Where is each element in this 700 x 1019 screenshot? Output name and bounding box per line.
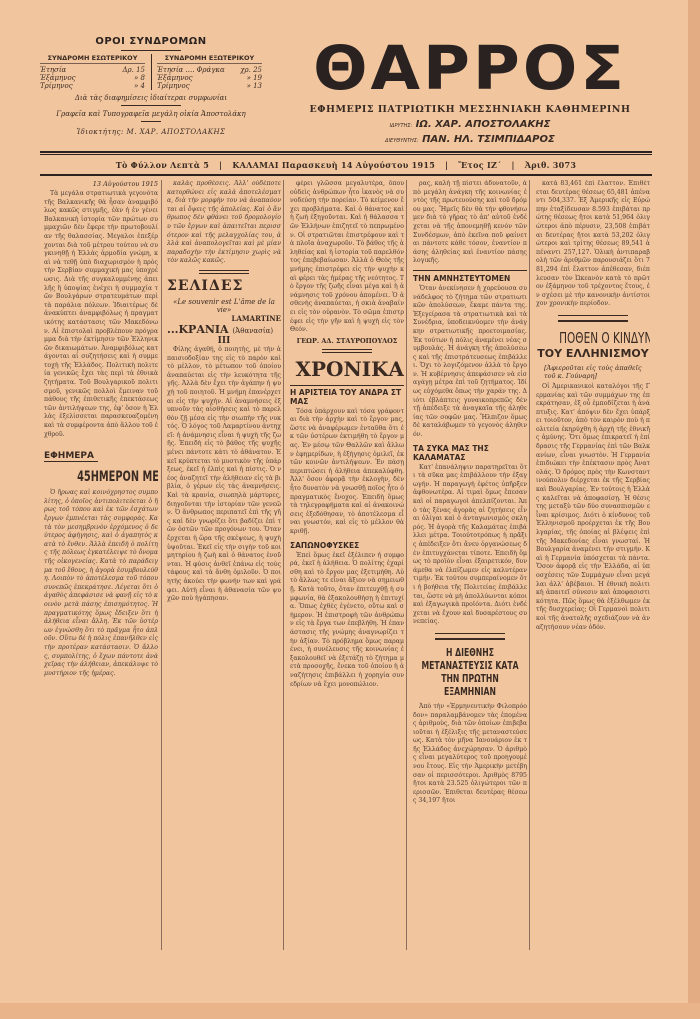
director-label: ΔΙΕΥΘΥΝΤΗΣ: [385, 138, 419, 144]
newspaper-title: ΘΑΡΡΟΣ [290, 41, 650, 96]
news-item: Ἐπεὶ ὅμως ἐκεῖ ἐξέλιπεν ἡ συμφορά, ἐκεῖ … [290, 552, 404, 690]
separator: | [511, 160, 514, 170]
rate-value: χρ. 25 [240, 66, 262, 74]
column-rule [161, 180, 162, 950]
column-4: ρας, καλὴ τῇ πίστει ἀδυνατοῦν, ἀπὸ μεγάλ… [413, 180, 527, 950]
founder-name: ΙΩ. ΧΑΡ. ΑΠΟΣΤΟΛΑΚΗΣ [416, 119, 551, 130]
rate-label: Ἐτησία [40, 66, 66, 74]
founder-line: ΙΔΡΥΤΗΣ: ΙΩ. ΧΑΡ. ΑΠΟΣΤΟΛΑΚΗΣ [290, 119, 650, 130]
rule [40, 174, 652, 176]
headline-subtext: ΤΟΥ ΕΛΛΗΝΙΣΜΟΥ [536, 347, 650, 360]
masthead: ΘΑΡΡΟΣ ΕΦΗΜΕΡΙΣ ΠΑΤΡΙΩΤΙΚΗ ΜΕΣΣΗΝΙΑΚΗ ΚΑ… [290, 40, 650, 145]
divider [121, 105, 181, 106]
article: Ἀπὸ τὴν «Ἑρμηνευτικὴν Φιλοπρόοδον» παραλ… [413, 703, 527, 806]
year: Ἔτος ΙΖ΄ [458, 160, 501, 170]
column-5: κατὰ 83,461 ἐπὶ ἔλαττον. Ἐπιθέτεται δευτ… [536, 180, 650, 950]
column-rule [406, 180, 407, 950]
article: καλὰς προθέσεις. Ἀλλ' οὐδέποτε κατορθώνε… [167, 180, 281, 266]
rate-value: » 19 [247, 74, 262, 82]
newspaper-subtitle: ΕΦΗΜΕΡΙΣ ΠΑΤΡΙΩΤΙΚΗ ΜΕΣΣΗΝΙΑΚΗ ΚΑΘΗΜΕΡΙΝ… [290, 104, 650, 115]
news-item-body: Κατ' ἐπανάληψιν παρατηρεῖται ὅτι τὰ σῦκα… [413, 464, 527, 627]
article-body: καλὰς προθέσεις. Ἀλλ' οὐδέποτε κατορθώνε… [167, 180, 281, 266]
news-item-title: ΣΑΠΩΝΟΦΥΣΚΕΣ [290, 541, 404, 550]
news-item-body: Τόσα ὑπάρχουν καὶ τόσα γράφονται διὰ τὴν… [290, 408, 404, 537]
column-2: καλὰς προθέσεις. Ἀλλ' οὐδέποτε κατορθώνε… [167, 180, 281, 950]
rate-label: Ἑξάμηνος [40, 74, 76, 82]
article-body: Ἀπὸ τὴν «Ἑρμηνευτικὴν Φιλοπρόοδον» παραλ… [413, 703, 527, 806]
column-rule [283, 180, 284, 950]
divider [141, 121, 161, 122]
story-subtitle: (Ἀθανασία) [232, 327, 273, 335]
foreign-header: ΣΥΝΔΡΟΜΗ ΕΞΩΤΕΡΙΚΟΥ [157, 54, 262, 64]
article-body: Φίλης ἀγαθή, ὁ ποιητὴς, μὲ τὴν ἀπαισιοδο… [167, 346, 281, 604]
headline-text: 45ΗΜΕΡΟΝ ΜΕ ΑΝΑΣΤΟΛΗΝ [77, 469, 158, 485]
rate-label: Ἐτησία .... Φράγκα [157, 66, 225, 74]
subscription-title: ΟΡΟΙ ΣΥΝΔΡΟΜΩΝ [40, 36, 262, 47]
issue-number: Ἀριθ. 3073 [525, 160, 577, 170]
city-date: ΚΑΛΑΜΑΙ Παρασκευὴ 14 Αὐγούστου 1915 [232, 160, 435, 170]
domestic-rates: ΣΥΝΔΡΟΜΗ ΕΣΩΤΕΡΙΚΟΥ ἘτησίαΔρ. 15 Ἑξάμηνο… [40, 54, 145, 90]
article-body: Οἱ Ἀμερικανικοὶ καταλόγοι τῆς Γερμανίας … [536, 383, 650, 632]
domestic-header: ΣΥΝΔΡΟΜΗ ΕΣΩΤΕΡΙΚΟΥ [40, 54, 145, 64]
article-body: κατὰ 83,461 ἐπὶ ἔλαττον. Ἐπιθέτεται δευτ… [536, 180, 650, 309]
rate-row: Ἑξάμηνος» 8 [40, 74, 145, 82]
news-item: Κατ' ἐπανάληψιν παρατηρεῖται ὅτι τὰ σῦκα… [413, 464, 527, 627]
headline: 45ΗΜΕΡΟΝ ΜΕ ΑΝΑΣΤΟΛΗΝ [44, 466, 158, 485]
article: κατὰ 83,461 ἐπὶ ἔλαττον. Ἐπιθέτεται δευτ… [536, 180, 650, 309]
story-title-text: ...ΚΡΑΝΙΑ [167, 323, 229, 336]
subscription-terms: ΟΡΟΙ ΣΥΝΔΡΟΜΩΝ ΣΥΝΔΡΟΜΗ ΕΣΩΤΕΡΙΚΟΥ Ἐτησί… [40, 36, 262, 136]
owner-line: Ἰδιοκτήτης: Μ. ΧΑΡ. ΑΠΟΣΤΟΛΑΚΗΣ [40, 128, 262, 136]
news-item-body: Ἐπεὶ ὅμως ἐκεῖ ἐξέλιπεν ἡ συμφορά, ἐκεῖ … [290, 552, 404, 690]
director-name: ΠΑΝ. ΗΛ. ΤΣΙΜΠΙΔΑΡΟΣ [422, 134, 555, 145]
rate-row: Ἐτησία .... Φράγκαχρ. 25 [157, 66, 262, 74]
section-label: ΕΦΗΜΕΡΑ [44, 443, 158, 462]
headline-text: Η ΔΙΕΘΝΗΣ ΜΕΤΑΝΑΣΤΕΥΣΙΣ ΚΑΤΑ ΤΗΝ ΠΡΩΤΗΝ … [418, 646, 523, 698]
news-item: Τόσα ὑπάρχουν καὶ τόσα γράφονται διὰ τὴν… [290, 408, 404, 537]
ads-note: Διὰ τὰς διαφημίσεις ἰδιαίτεραι συμφωνίαι [40, 94, 262, 102]
rule [40, 154, 652, 155]
rate-row: ἘτησίαΔρ. 15 [40, 66, 145, 74]
lead-article: Τὰ μεγάλα στρατιωτικὰ γεγονότα τῆς Βαλκα… [44, 190, 158, 439]
headline: ΠΟΘΕΝ Ο ΚΙΝΔΥΝΟΣ [536, 328, 650, 347]
ornament [558, 315, 628, 322]
rate-label: Τρίμηνος [157, 82, 190, 90]
news-item: Ὅταν ἀνεκίνησεν ἡ χορεύουσα συνάδελφος τ… [413, 285, 527, 440]
column-rule [529, 180, 530, 950]
foreign-rates: ΣΥΝΔΡΟΜΗ ΕΞΩΤΕΡΙΚΟΥ Ἐτησία .... Φράγκαχρ… [157, 54, 262, 90]
article-body: ρας, καλὴ τῇ πίστει ἀδυνατοῦν, ἀπὸ μεγάλ… [413, 180, 527, 266]
column-1: 13 Αὐγούστου 1915 Τὰ μεγάλα στρατιωτικὰ … [44, 180, 158, 950]
article-body: φέρει γλῶσσα μεγαλυτέρα, ὅπου οὐδεὶς ἀνθ… [290, 180, 404, 335]
rate-row: Ἑξάμηνος» 19 [157, 74, 262, 82]
section-title: ΧΡΟΝΙΚΑ [290, 357, 404, 381]
story-title: ...ΚΡΑΝΙΑ (Ἀθανασία) [167, 323, 281, 336]
separator: | [445, 160, 448, 170]
article: φέρει γλῶσσα μεγαλυτέρα, ὅπου οὐδεὶς ἀνθ… [290, 180, 404, 335]
article: ρας, καλὴ τῇ πίστει ἀδυνατοῦν, ἀπὸ μεγάλ… [413, 180, 527, 266]
news-item-title: ΤΗΝ ΑΜΝΗΣΤΕΥΤΟΜΕΝ [413, 270, 527, 283]
byline: ΓΕΩΡ. ΑΔ. ΣΤΑΥΡΟΠΟΥΛΟΣ [290, 337, 404, 345]
article: Οἱ Ἀμερικανικοὶ καταλόγοι τῆς Γερμανίας … [536, 383, 650, 632]
rate-value: » 8 [134, 74, 145, 82]
headline: Η ΔΙΕΘΝΗΣ ΜΕΤΑΝΑΣΤΕΥΣΙΣ ΚΑΤΑ ΤΗΝ ΠΡΩΤΗΝ … [413, 646, 527, 699]
rate-row: Τρίμηνος» 4 [40, 82, 145, 90]
rate-label: Τρίμηνος [40, 82, 73, 90]
rate-label: Ἑξάμηνος [157, 74, 193, 82]
column-3: φέρει γλῶσσα μεγαλυτέρα, ὅπου οὐδεὶς ἀνθ… [290, 180, 404, 950]
rate-value: » 13 [247, 82, 262, 90]
dateline: Τὸ Φύλλον Λεπτὰ 5 | ΚΑΛΑΜΑΙ Παρασκευὴ 14… [40, 158, 652, 172]
price: Τὸ Φύλλον Λεπτὰ 5 [116, 160, 209, 170]
separator: | [219, 160, 222, 170]
rate-value: Δρ. 15 [122, 66, 145, 74]
offices-note: Γραφεῖα καὶ Τυπογραφεῖα μεγάλη οἰκία Ἀπο… [40, 110, 262, 118]
headline-text: ΠΟΘΕΝ Ο ΚΙΝΔΥΝΟΣ [559, 329, 650, 347]
newspaper-page: ΟΡΟΙ ΣΥΝΔΡΟΜΩΝ ΣΥΝΔΡΟΜΗ ΕΣΩΤΕΡΙΚΟΥ Ἐτησί… [0, 0, 688, 1003]
article-date: 13 Αὐγούστου 1915 [44, 180, 158, 188]
ephemera-label: ΕΦΗΜΕΡΑ [44, 451, 98, 462]
dedication: [Ἀφιεροῦται εἰς τοὺς ἀπαθεῖς τοῦ κ. Γούν… [536, 364, 650, 380]
rule [40, 151, 652, 153]
ornament [199, 270, 249, 274]
article-body: Τὰ μεγάλα στρατιωτικὰ γεγονότα τῆς Βαλκα… [44, 190, 158, 439]
article-columns: 13 Αὐγούστου 1915 Τὰ μεγάλα στρατιωτικὰ … [40, 180, 652, 950]
epigraph-author: LAMARTINE [167, 314, 281, 323]
divider [121, 50, 181, 51]
ornament [435, 633, 505, 640]
founder-label: ΙΔΡΥΤΗΣ: [390, 123, 413, 129]
part-number: ΙΙΙ [167, 336, 281, 346]
news-item-title: Η ΑΡΙΣΤΕΙΑ ΤΟΥ ΑΝΔΡΑ ΣΤ ΜΑΣ [290, 385, 404, 406]
article: Ὁ ἥρωας καὶ κοινόχρηστος συμπολίτης, ὁ ὁ… [44, 489, 158, 678]
article: Φίλης ἀγαθή, ὁ ποιητὴς, μὲ τὴν ἀπαισιοδο… [167, 346, 281, 604]
section-title: ΣΕΛΙΔΕΣ [167, 278, 281, 294]
ornament [322, 349, 372, 353]
epigraph: «Le souvenir est L'âme de la vie» [167, 298, 281, 314]
news-item-title: ΤΑ ΣΥΚΑ ΜΑΣ ΤΗΣ ΚΑΛΑΜΑΤΑΣ [413, 444, 527, 462]
rate-row: Τρίμηνος» 13 [157, 82, 262, 90]
column-divider [151, 54, 152, 90]
news-item-body: Ὅταν ἀνεκίνησεν ἡ χορεύουσα συνάδελφος τ… [413, 285, 527, 440]
rate-value: » 4 [134, 82, 145, 90]
director-line: ΔΙΕΥΘΥΝΤΗΣ: ΠΑΝ. ΗΛ. ΤΣΙΜΠΙΔΑΡΟΣ [290, 134, 650, 145]
article-body: Ὁ ἥρωας καὶ κοινόχρηστος συμπολίτης, ὁ ὁ… [44, 489, 158, 678]
